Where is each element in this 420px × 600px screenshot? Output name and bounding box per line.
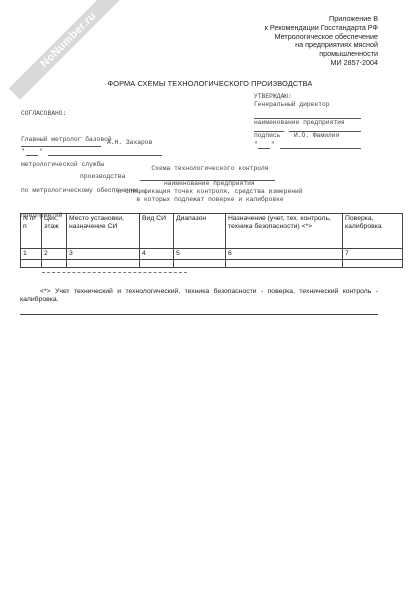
footnote-separator bbox=[42, 272, 187, 273]
date-day-line-right bbox=[258, 148, 270, 149]
table-header-row: N п/п Цех, этаж Место установки, назначе… bbox=[21, 214, 403, 249]
number-cell: 1 bbox=[21, 249, 42, 260]
approved-left-block: СОГЛАСОВАНО: Главный метролог базовой ме… bbox=[21, 93, 138, 229]
approved-left-heading: СОГЛАСОВАНО: bbox=[21, 110, 138, 119]
number-cell: 3 bbox=[67, 249, 140, 260]
number-cell: 2 bbox=[42, 249, 67, 260]
number-cell: 7 bbox=[343, 249, 403, 260]
table-cell[interactable] bbox=[343, 259, 403, 267]
approved-right-position: Генеральный директор bbox=[254, 101, 330, 110]
date-month-line-right bbox=[280, 148, 361, 149]
name-caption-right: И.О. Фамилия bbox=[294, 132, 339, 141]
date-day-line-left bbox=[26, 155, 38, 156]
header-cell: Место установки, назначение СИ bbox=[67, 214, 140, 249]
org-caption-right: наименование предприятия bbox=[254, 119, 345, 128]
bottom-rule bbox=[20, 314, 378, 315]
scheme-heading-line1: Схема технологического контроля bbox=[0, 165, 420, 174]
signature-line-left bbox=[21, 146, 101, 147]
number-cell: 6 bbox=[226, 249, 343, 260]
number-cell: 5 bbox=[174, 249, 226, 260]
number-cell: 4 bbox=[140, 249, 174, 260]
header-cell: N п/п bbox=[21, 214, 42, 249]
table-cell[interactable] bbox=[226, 259, 343, 267]
signature-caption-right: подпись bbox=[254, 132, 280, 141]
scheme-heading-prefix: производства bbox=[80, 173, 125, 182]
footnote-text: <*> Учет технический и технологический, … bbox=[20, 288, 378, 304]
scheme-heading-line4: в которых подлежат поверке и калибровке bbox=[0, 196, 420, 205]
table-cell[interactable] bbox=[140, 259, 174, 267]
date-quote-close-right: " bbox=[271, 141, 275, 150]
table-number-row: 1 2 3 4 5 6 7 bbox=[21, 249, 403, 260]
table-cell[interactable] bbox=[21, 259, 42, 267]
signer-name-left: А.Н. Захаров bbox=[107, 139, 152, 148]
header-cell: Диапазон bbox=[174, 214, 226, 249]
header-cell: Вид СИ bbox=[140, 214, 174, 249]
document-title: ФОРМА СХЕМЫ ТЕХНОЛОГИЧЕСКОГО ПРОИЗВОДСТВ… bbox=[0, 79, 420, 88]
specification-table: N п/п Цех, этаж Место установки, назначе… bbox=[20, 213, 403, 268]
date-quote-open: " bbox=[21, 148, 25, 157]
table-cell[interactable] bbox=[174, 259, 226, 267]
appendix-block: Приложение В к Рекомендации Госстандарта… bbox=[178, 15, 378, 68]
date-month-line-left bbox=[48, 155, 162, 156]
header-cell: Поверка, калибровка bbox=[343, 214, 403, 249]
date-quote-close: " bbox=[39, 148, 43, 157]
header-cell: Цех, этаж bbox=[42, 214, 67, 249]
appendix-line: МИ 2857-2004 bbox=[178, 59, 378, 68]
header-cell: Назначение (учет, тех. контроль, техника… bbox=[226, 214, 343, 249]
